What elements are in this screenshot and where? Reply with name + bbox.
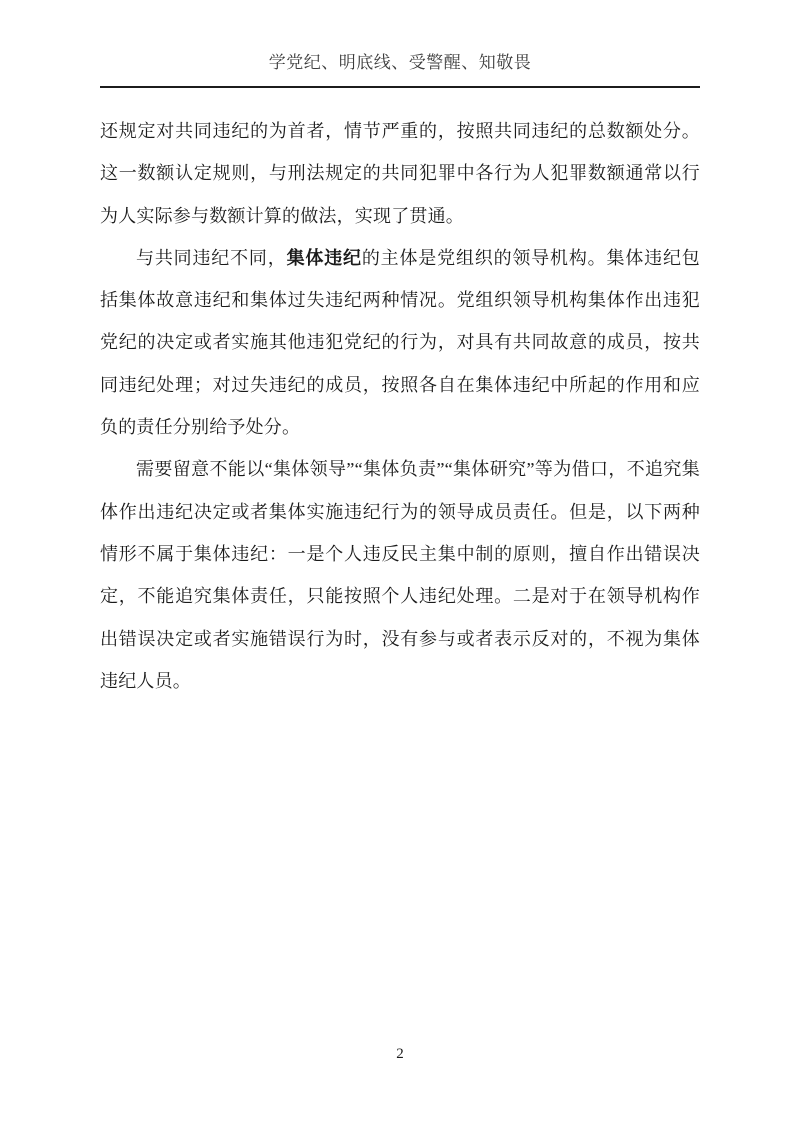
paragraph-2: 与共同违纪不同，集体违纪的主体是党组织的领导机构。集体违纪包括集体故意违纪和集体… bbox=[100, 237, 700, 448]
paragraph-1: 还规定对共同违纪的为首者，情节严重的，按照共同违纪的总数额处分。这一数额认定规则… bbox=[100, 110, 700, 237]
page-footer: 2 bbox=[0, 1044, 800, 1064]
document-page: 学党纪、明底线、受警醒、知敬畏 还规定对共同违纪的为首者，情节严重的，按照共同违… bbox=[0, 0, 800, 1131]
header-rule bbox=[100, 86, 700, 88]
page-number: 2 bbox=[396, 1046, 404, 1062]
page-header-title: 学党纪、明底线、受警醒、知敬畏 bbox=[100, 52, 700, 74]
paragraph-2-rest: 的主体是党组织的领导机构。集体违纪包括集体故意违纪和集体过失违纪两种情况。党组织… bbox=[100, 248, 700, 437]
paragraph-3: 需要留意不能以“集体领导”“集体负责”“集体研究”等为借口，不追究集体作出违纪决… bbox=[100, 448, 700, 702]
bold-term-collective-violation: 集体违纪 bbox=[287, 248, 362, 268]
paragraph-2-lead: 与共同违纪不同， bbox=[136, 248, 287, 268]
document-body: 还规定对共同违纪的为首者，情节严重的，按照共同违纪的总数额处分。这一数额认定规则… bbox=[100, 110, 700, 702]
